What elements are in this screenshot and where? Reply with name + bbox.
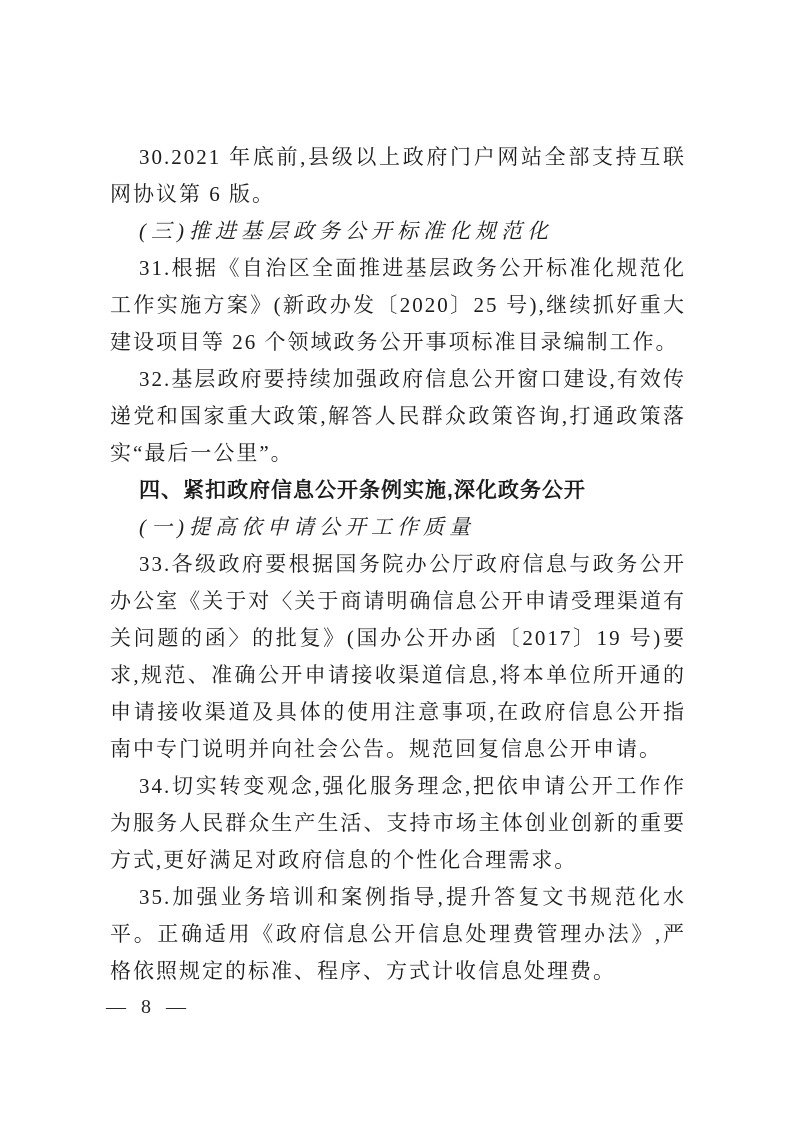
paragraph-32: 32.基层政府要持续加强政府信息公开窗口建设,有效传递党和国家重大政策,解答人民… (110, 361, 686, 472)
document-body: 30.2021 年底前,县级以上政府门户网站全部支持互联网协议第 6 版。 (三… (110, 139, 686, 990)
paragraph-34: 34.切实转变观念,强化服务理念,把依申请公开工作作为服务人民群众生产生活、支持… (110, 768, 686, 879)
heading-section-1: (一)提高依申请公开工作质量 (110, 509, 686, 546)
heading-section-3: (三)推进基层政务公开标准化规范化 (110, 213, 686, 250)
heading-chapter-4: 四、紧扣政府信息公开条例实施,深化政务公开 (110, 472, 686, 509)
document-page: 30.2021 年底前,县级以上政府门户网站全部支持互联网协议第 6 版。 (三… (0, 0, 793, 1122)
paragraph-30: 30.2021 年底前,县级以上政府门户网站全部支持互联网协议第 6 版。 (110, 139, 686, 213)
paragraph-35: 35.加强业务培训和案例指导,提升答复文书规范化水平。正确适用《政府信息公开信息… (110, 879, 686, 990)
paragraph-31: 31.根据《自治区全面推进基层政务公开标准化规范化工作实施方案》(新政办发〔20… (110, 250, 686, 361)
paragraph-33: 33.各级政府要根据国务院办公厅政府信息与政务公开办公室《关于对〈关于商请明确信… (110, 546, 686, 768)
page-number: — 8 — (106, 993, 191, 1021)
